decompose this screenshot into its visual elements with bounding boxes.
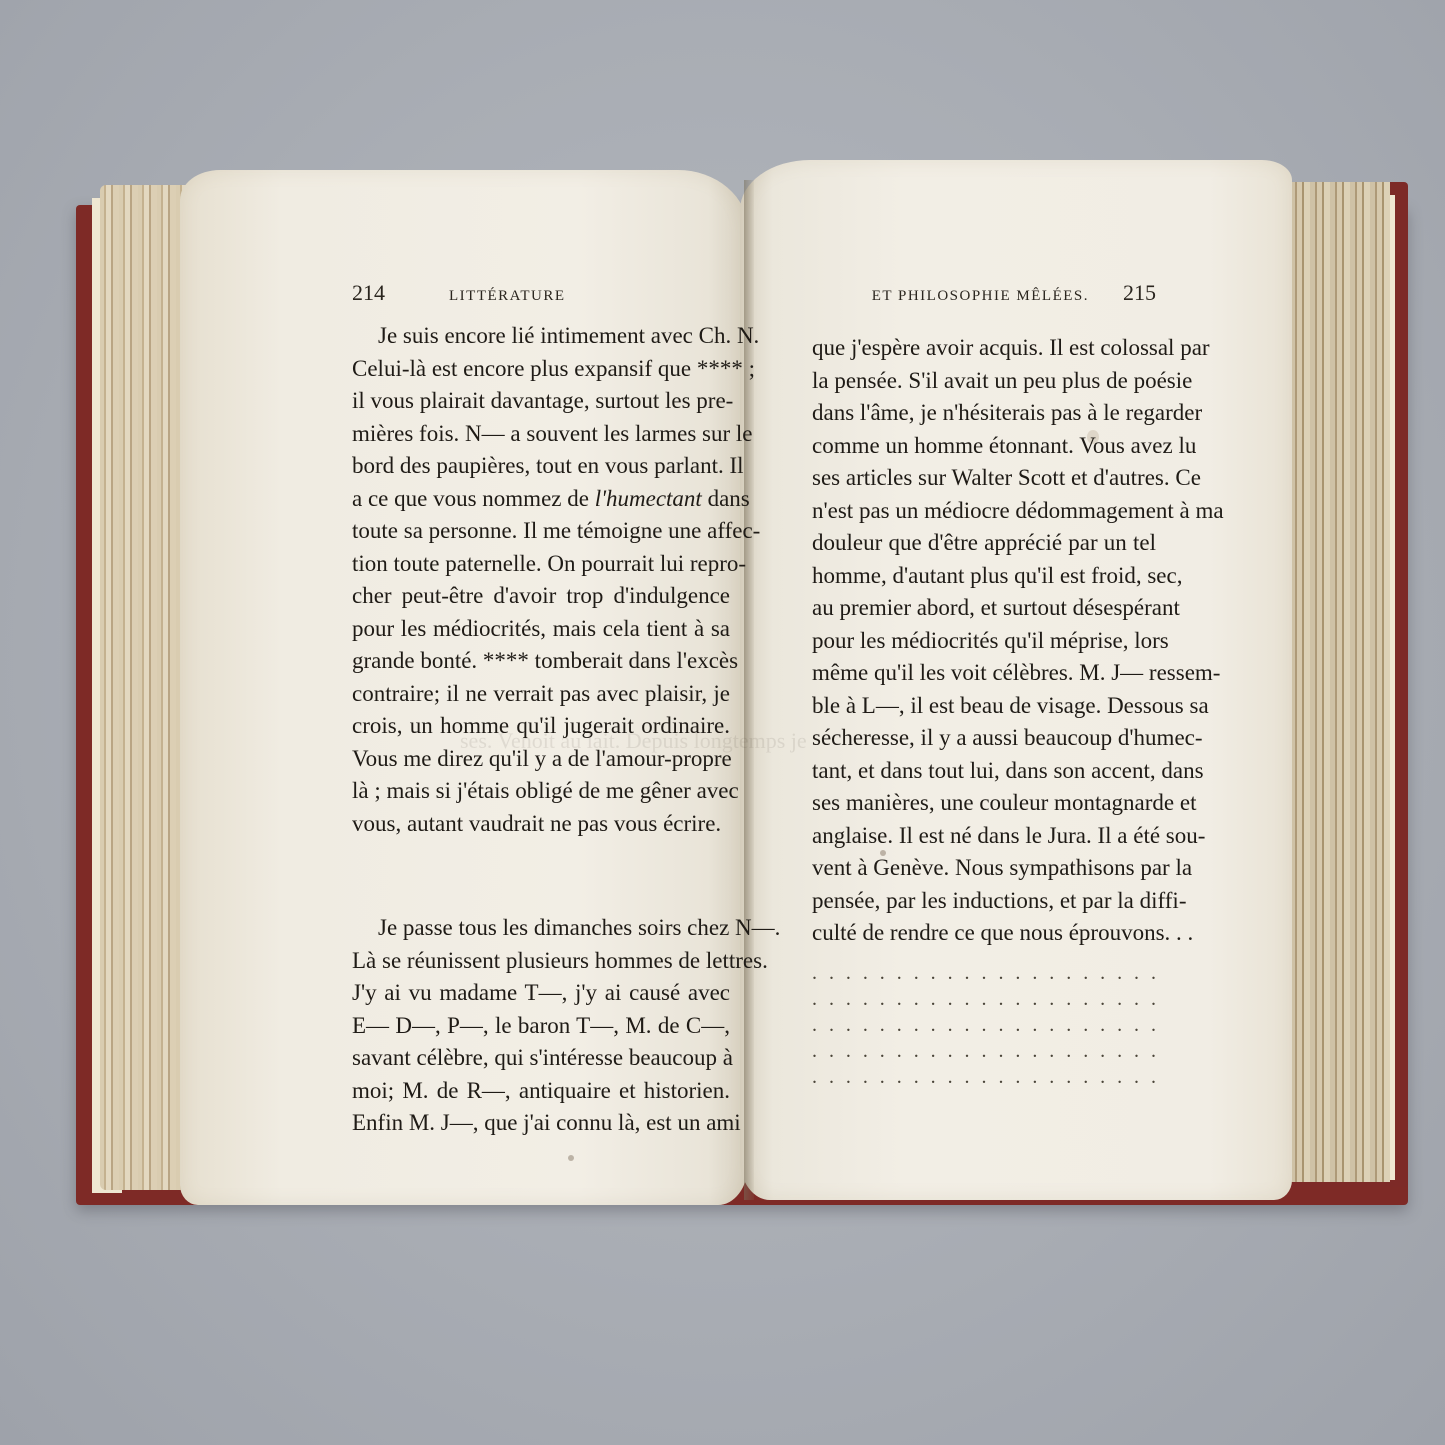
text-line: J'y ai vu madame T—, j'y ai causé avec xyxy=(352,977,730,1010)
text-line: Là se réunissent plusieurs hommes de let… xyxy=(352,945,730,978)
text-line: anglaise. Il est né dans le Jura. Il a é… xyxy=(812,820,1156,853)
text-line: pour les médiocrités, mais cela tient à … xyxy=(352,613,730,646)
text-line: au premier abord, et surtout désespérant xyxy=(812,592,1156,625)
text-line: dans l'âme, je n'hésiterais pas à le reg… xyxy=(812,397,1156,430)
ellipsis-row: . . . . . . . . . . . . . . . . . . . . … xyxy=(812,960,1156,986)
text-line: vous, autant vaudrait ne pas vous écrire… xyxy=(352,808,730,841)
left-running-head: 214 LITTÉRATURE xyxy=(352,280,730,306)
text-line: là ; mais si j'étais obligé de me gêner … xyxy=(352,775,730,808)
text-line: homme, d'autant plus qu'il est froid, se… xyxy=(812,560,1156,593)
text-line: Je suis encore lié intimement avec Ch. N… xyxy=(352,320,730,353)
text-line: pour les médiocrités qu'il méprise, lors xyxy=(812,625,1156,658)
text-line: Vous me direz qu'il y a de l'amour-propr… xyxy=(352,743,730,776)
text-line: culté de rendre ce que nous éprouvons. .… xyxy=(812,917,1156,950)
text-line: douleur que d'être apprécié par un tel xyxy=(812,527,1156,560)
text-line: toute sa personne. Il me témoigne une af… xyxy=(352,515,730,548)
left-header-title: LITTÉRATURE xyxy=(449,288,565,305)
ellipsis-row: . . . . . . . . . . . . . . . . . . . . … xyxy=(812,1064,1156,1090)
ellipsis-row: . . . . . . . . . . . . . . . . . . . . … xyxy=(812,1038,1156,1064)
text-line: pensée, par les inductions, et par la di… xyxy=(812,885,1156,918)
text-line: ble à L—, il est beau de visage. Dessous… xyxy=(812,690,1156,723)
paragraph-1: Je suis encore lié intimement avec Ch. N… xyxy=(352,320,730,840)
text-line: vent à Genève. Nous sympathisons par la xyxy=(812,852,1156,885)
text-line: moi; M. de R—, antiquaire et historien. xyxy=(352,1075,730,1108)
text-line: Je passe tous les dimanches soirs chez N… xyxy=(352,912,730,945)
text-line: E— D—, P—, le baron T—, M. de C—, xyxy=(352,1010,730,1043)
text-line: Enfin M. J—, que j'ai connu là, est un a… xyxy=(352,1107,730,1140)
page-number-right: 215 xyxy=(1123,280,1156,306)
text-line: que j'espère avoir acquis. Il est coloss… xyxy=(812,332,1156,365)
text-line: cher peut-être d'avoir trop d'indulgence xyxy=(352,580,730,613)
text-line: ses manières, une couleur montagnarde et xyxy=(812,787,1156,820)
foxing-stain xyxy=(568,1155,574,1161)
text-line: ses articles sur Walter Scott et d'autre… xyxy=(812,462,1156,495)
text-line: comme un homme étonnant. Vous avez lu xyxy=(812,430,1156,463)
paragraph-2: Je passe tous les dimanches soirs chez N… xyxy=(352,912,730,1140)
text-line: grande bonté. **** tomberait dans l'excè… xyxy=(352,645,730,678)
ellipsis-row: . . . . . . . . . . . . . . . . . . . . … xyxy=(812,1012,1156,1038)
text-line: n'est pas un médiocre dédommagement à ma xyxy=(812,495,1156,528)
text-line-italic: a ce que vous nommez de l'humectant dans xyxy=(352,483,730,516)
text-line: même qu'il les voit célèbres. M. J— ress… xyxy=(812,657,1156,690)
right-running-head: ET PHILOSOPHIE MÊLÉES. 215 xyxy=(812,280,1156,306)
text-line: bord des paupières, tout en vous parlant… xyxy=(352,450,730,483)
ellipsis-row: . . . . . . . . . . . . . . . . . . . . … xyxy=(812,986,1156,1012)
text-line: sécheresse, il y a aussi beaucoup d'hume… xyxy=(812,722,1156,755)
italic-emphasis: l'humectant xyxy=(595,486,702,511)
text-line: contraire; il ne verrait pas avec plaisi… xyxy=(352,678,730,711)
text-line: savant célèbre, qui s'intéresse beaucoup… xyxy=(352,1042,730,1075)
ellipsis-block: . . . . . . . . . . . . . . . . . . . . … xyxy=(812,960,1156,1090)
right-paragraph: que j'espère avoir acquis. Il est coloss… xyxy=(812,332,1156,950)
page-number-left: 214 xyxy=(352,280,385,306)
text-line: tant, et dans tout lui, dans son accent,… xyxy=(812,755,1156,788)
text-line: crois, un homme qu'il jugerait ordinaire… xyxy=(352,710,730,743)
text-line: la pensée. S'il avait un peu plus de poé… xyxy=(812,365,1156,398)
text-line: il vous plairait davantage, surtout les … xyxy=(352,385,730,418)
text-line: tion toute paternelle. On pourrait lui r… xyxy=(352,548,730,581)
right-header-title: ET PHILOSOPHIE MÊLÉES. xyxy=(872,288,1089,305)
text-line: Celui-là est encore plus expansif que **… xyxy=(352,353,730,386)
text-line: mières fois. N— a souvent les larmes sur… xyxy=(352,418,730,451)
